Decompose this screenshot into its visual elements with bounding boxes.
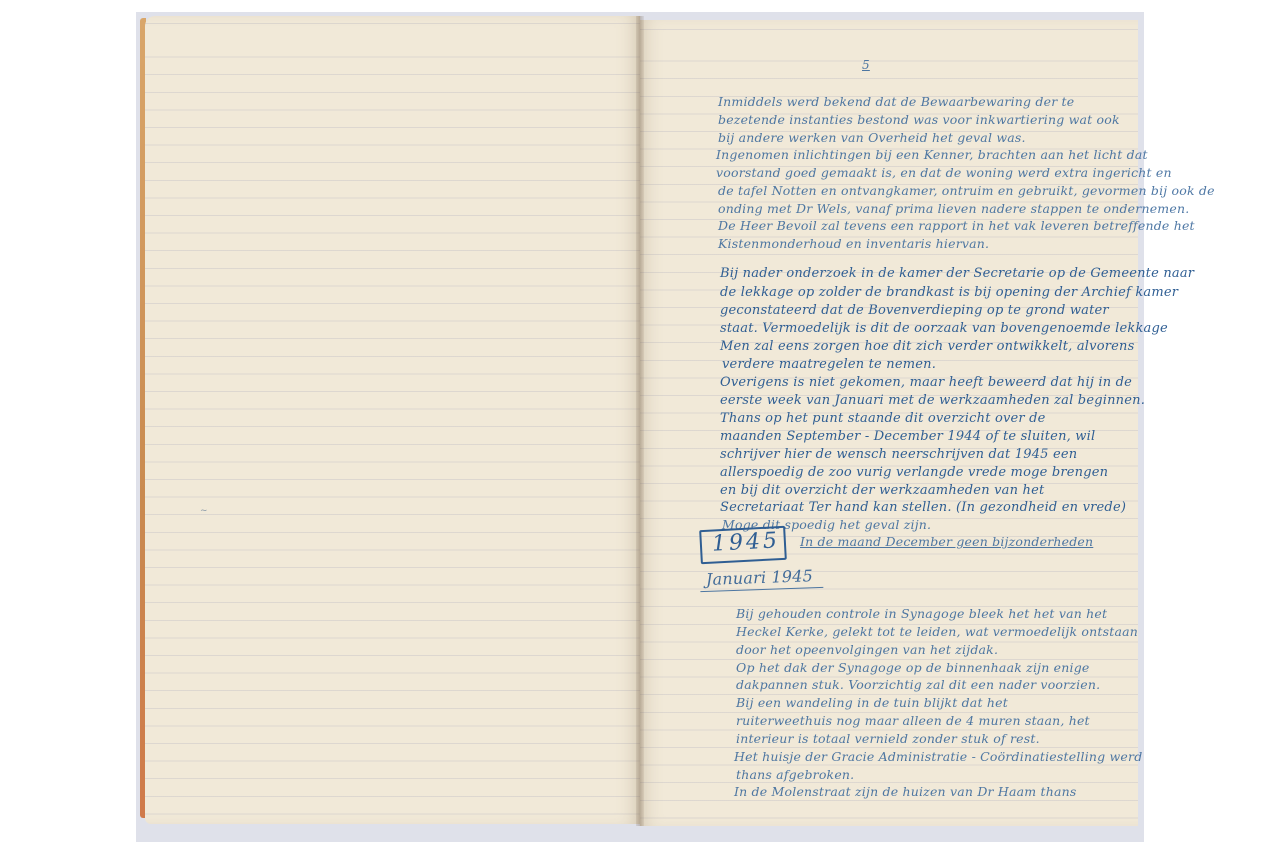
text-line: Inmiddels werd bekend dat de Bewaarbewar… bbox=[718, 94, 1074, 109]
year-label: 1945 bbox=[711, 528, 780, 557]
text-line: Het huisje der Gracie Administratie - Co… bbox=[734, 749, 1142, 764]
text-line: Overigens is niet gekomen, maar heeft be… bbox=[720, 375, 1132, 390]
book-gutter bbox=[636, 16, 644, 826]
text-line: eerste week van Januari met de werkzaamh… bbox=[720, 393, 1145, 408]
text-line: Ingenomen inlichtingen bij een Kenner, b… bbox=[716, 147, 1148, 162]
text-line: voorstand goed gemaakt is, en dat de won… bbox=[716, 165, 1172, 180]
text-line: Heckel Kerke, gelekt tot te leiden, wat … bbox=[736, 624, 1138, 639]
text-line: de lekkage op zolder de brandkast is bij… bbox=[720, 285, 1178, 300]
text-line: door het opeenvolgingen van het zijdak. bbox=[736, 642, 998, 657]
text-line: bezetende instanties bestond was voor in… bbox=[718, 112, 1120, 127]
text-line: onding met Dr Wels, vanaf prima lieven n… bbox=[718, 201, 1189, 216]
text-line: In de Molenstraat zijn de huizen van Dr … bbox=[734, 784, 1077, 799]
text-line: geconstateerd dat de Bovenverdieping op … bbox=[720, 303, 1109, 318]
text-line: staat. Vermoedelijk is dit de oorzaak va… bbox=[720, 321, 1168, 336]
month-heading: Januari 1945 bbox=[700, 566, 824, 592]
text-line: Op het dak der Synagoge op de binnenhaak… bbox=[736, 660, 1090, 675]
text-line: Bij een wandeling in de tuin blijkt dat … bbox=[736, 695, 1008, 710]
text-line: Men zal eens zorgen hoe dit zich verder … bbox=[720, 339, 1134, 354]
text-line: ruiterweethuis nog maar alleen de 4 mure… bbox=[736, 713, 1090, 728]
text-line: dakpannen stuk. Voorzichtig zal dit een … bbox=[736, 677, 1100, 692]
page-number: 5 bbox=[862, 58, 870, 72]
left-page-blank bbox=[145, 16, 640, 824]
text-line: Bij gehouden controle in Synagoge bleek … bbox=[736, 606, 1107, 621]
text-line: Bij nader onderzoek in de kamer der Secr… bbox=[720, 266, 1194, 281]
text-line: interieur is totaal vernield zonder stuk… bbox=[736, 731, 1040, 746]
year-note: In de maand December geen bijzonderheden bbox=[800, 534, 1093, 549]
faint-mark: ~ bbox=[200, 506, 208, 516]
text-line: Kistenmonderhoud en inventaris hiervan. bbox=[718, 236, 989, 251]
text-line: bij andere werken van Overheid het geval… bbox=[718, 130, 1026, 145]
text-line: verdere maatregelen te nemen. bbox=[722, 357, 936, 372]
text-line: en bij dit overzicht der werkzaamheden v… bbox=[720, 483, 1044, 498]
text-line: Thans op het punt staande dit overzicht … bbox=[720, 411, 1046, 426]
text-line: Secretariaat Ter hand kan stellen. (In g… bbox=[720, 500, 1126, 515]
text-line: thans afgebroken. bbox=[736, 767, 854, 782]
text-line: maanden September - December 1944 of te … bbox=[720, 429, 1095, 444]
text-line: de tafel Notten en ontvangkamer, ontruim… bbox=[718, 183, 1215, 198]
text-line: De Heer Bevoil zal tevens een rapport in… bbox=[718, 218, 1195, 233]
text-line: allerspoedig de zoo vurig verlangde vred… bbox=[720, 465, 1108, 480]
text-line: schrijver hier de wensch neerschrijven d… bbox=[720, 447, 1077, 462]
